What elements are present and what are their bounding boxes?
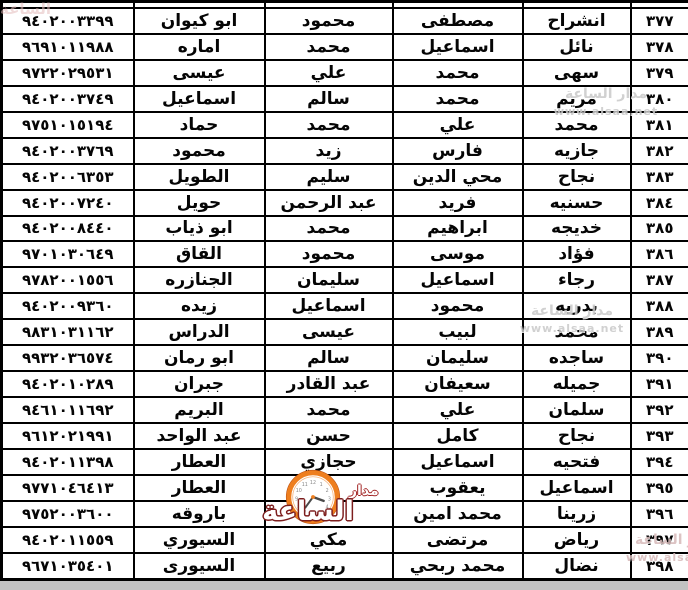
cell-name: جازيه [523, 138, 631, 164]
cell-family: ابو ذياب [134, 216, 265, 242]
table-row: ٣٩٧رياضمرتضىمكيالسيوري٩٤٠٢٠١١٥٥٩ [2, 527, 688, 553]
cell-name: خديجه [523, 216, 631, 242]
table-row: ٣٨٥خديجهابراهيممحمدابو ذياب٩٤٠٢٠٠٨٤٤٠ [2, 216, 688, 242]
cell-name: نجاح [523, 164, 631, 190]
cell-name: سلمان [523, 397, 631, 423]
cell-grandfather: ربيع [265, 553, 393, 580]
cell-num: ٣٨٩ [631, 319, 688, 345]
cell-id: ٩٤٠٢٠٠٧٢٤٠ [2, 190, 134, 216]
cell-father: محمود [393, 293, 523, 319]
clock-logo-icon: 121 23 45 67 89 1011 [284, 468, 342, 526]
cell-family: الطويل [134, 164, 265, 190]
cell-id: ٩٤٠٢٠٠٣٧٦٩ [2, 138, 134, 164]
cell-id: ٩٧٥٢٠٠٣٦٠٠ [2, 501, 134, 527]
cell-family: الجنازره [134, 267, 265, 293]
cell-name: رياض [523, 527, 631, 553]
cell-father: موسى [393, 241, 523, 267]
cell-father: فارس [393, 138, 523, 164]
cell-grandfather: علي [265, 60, 393, 86]
cell-id: ٩٤٠٢٠١١٣٩٨ [2, 449, 134, 475]
table-row: ٣٨١محمدعليمحمدحماد٩٧٥١٠١٥١٩٤ [2, 112, 688, 138]
cell-grandfather: سليمان [265, 267, 393, 293]
cell-id: ٩٤٠٢٠٠٦٣٥٣ [2, 164, 134, 190]
cell-id: ٩٧٥١٠١٥١٩٤ [2, 112, 134, 138]
cell-grandfather: اسماعيل [265, 293, 393, 319]
cell-name: مريم [523, 86, 631, 112]
cell-father: محمد ربحي [393, 553, 523, 580]
cell-name: محمد [523, 319, 631, 345]
svg-text:5: 5 [320, 511, 323, 517]
table-row: ٣٨٨بدريهمحموداسماعيلزيده٩٤٠٢٠٠٩٣٦٠ [2, 293, 688, 319]
cell-father: اسماعيل [393, 449, 523, 475]
svg-text:2: 2 [326, 488, 329, 494]
cell-num: ٣٨٠ [631, 86, 688, 112]
cell-grandfather: محمود [265, 8, 393, 34]
cell-family: حويل [134, 190, 265, 216]
cell-father: علي [393, 397, 523, 423]
cell-father: مرتضى [393, 527, 523, 553]
cell-num: ٣٨٣ [631, 164, 688, 190]
cell-father: لبيب [393, 319, 523, 345]
table-row: ٣٨٩محمدلبيبعيسىالدراس٩٨٣١٠٣١١٦٢ [2, 319, 688, 345]
table-row: ٣٩١جميلهسعيفانعبد القادرجبران٩٤٠٢٠١٠٢٨٩ [2, 371, 688, 397]
cell-name: محمد [523, 112, 631, 138]
cell-id: ٩٨٣١٠٣١١٦٢ [2, 319, 134, 345]
cell-family: ابو رمان [134, 345, 265, 371]
cell-family: جبران [134, 371, 265, 397]
cell-num: ٣٩٦ [631, 501, 688, 527]
cell-father: علي [393, 112, 523, 138]
cell-id: ٩٤٠٢٠٠٩٣٦٠ [2, 293, 134, 319]
cell-grandfather: محمد [265, 34, 393, 60]
cell-id: ٩٩٣٢٠٣٦٥٧٤ [2, 345, 134, 371]
cell-grandfather: سالم [265, 86, 393, 112]
cell-num: ٣٩٥ [631, 475, 688, 501]
cell-num: ٣٩٤ [631, 449, 688, 475]
table-body: ٣٧٧انشراحمصطفىمحمودابو كيوان٩٤٠٢٠٠٣٣٩٩٣٧… [2, 2, 688, 580]
cell-father: محمد [393, 60, 523, 86]
table-row: ٣٩٠ساجدهسليمانسالمابو رمان٩٩٣٢٠٣٦٥٧٤ [2, 345, 688, 371]
cell-num: ٣٩٣ [631, 423, 688, 449]
cell-id: ٩٧٠١٠٣٠٦٤٩ [2, 241, 134, 267]
table-row: ٣٩٢سلمانعليمحمدالبريم٩٤٦١٠١١٦٩٢ [2, 397, 688, 423]
cell-num: ٣٩١ [631, 371, 688, 397]
cell-grandfather: زيد [265, 138, 393, 164]
cell-father: فريد [393, 190, 523, 216]
cell-grandfather: محمد [265, 216, 393, 242]
cell-family: عيسى [134, 60, 265, 86]
table-row: ٣٩٨نضالمحمد ربحيربيعالسيورى٩٦٧١٠٣٥٤٠١ [2, 553, 688, 580]
cell-num: ٣٨٧ [631, 267, 688, 293]
cell-name: اسماعيل [523, 475, 631, 501]
cell-family: العطار [134, 475, 265, 501]
table-row: ٣٧٧انشراحمصطفىمحمودابو كيوان٩٤٠٢٠٠٣٣٩٩ [2, 8, 688, 34]
cell-name: انشراح [523, 8, 631, 34]
cell-father: محمد امين [393, 501, 523, 527]
cell-id: ٩٧٧١٠٤٦٤١٣ [2, 475, 134, 501]
cell-num: ٣٨١ [631, 112, 688, 138]
table-row: ٣٨٤حسنيهفريدعبد الرحمنحويل٩٤٠٢٠٠٧٢٤٠ [2, 190, 688, 216]
cell-id: ٩٦٩١٠١١٩٨٨ [2, 34, 134, 60]
svg-text:4: 4 [326, 505, 329, 511]
cell-family: اسماعيل [134, 86, 265, 112]
names-table: ٣٧٧انشراحمصطفىمحمودابو كيوان٩٤٠٢٠٠٣٣٩٩٣٧… [0, 0, 688, 581]
svg-text:11: 11 [302, 482, 308, 488]
cell-num: ٣٨٨ [631, 293, 688, 319]
cell-family: السيوري [134, 527, 265, 553]
cell-grandfather: عبد الرحمن [265, 190, 393, 216]
svg-text:10: 10 [296, 488, 302, 494]
cell-num: ٣٩٢ [631, 397, 688, 423]
cell-name: رجاء [523, 267, 631, 293]
table-row: ٣٨٢جازيهفارسزيدمحمود٩٤٠٢٠٠٣٧٦٩ [2, 138, 688, 164]
cell-num: ٣٩٨ [631, 553, 688, 580]
cell-father: سليمان [393, 345, 523, 371]
cell-father: اسماعيل [393, 34, 523, 60]
cell-family: محمود [134, 138, 265, 164]
svg-text:1: 1 [320, 482, 323, 488]
table-row: ٣٨٣نجاحمحي الدينسليمالطويل٩٤٠٢٠٠٦٣٥٣ [2, 164, 688, 190]
cell-name: بدريه [523, 293, 631, 319]
cell-num: ٣٩٧ [631, 527, 688, 553]
cell-name: نائل [523, 34, 631, 60]
cell-grandfather: حسن [265, 423, 393, 449]
cell-father: كامل [393, 423, 523, 449]
cell-name: ساجده [523, 345, 631, 371]
svg-text:6: 6 [311, 513, 314, 519]
cell-id: ٩٧٨٢٠٠١٥٥٦ [2, 267, 134, 293]
cell-grandfather: محمود [265, 241, 393, 267]
table-row: ٣٩٤فتحيهاسماعيلحجازيالعطار٩٤٠٢٠١١٣٩٨ [2, 449, 688, 475]
cell-id: ٩٤٠٢٠١١٥٥٩ [2, 527, 134, 553]
cell-name: نجاح [523, 423, 631, 449]
cell-id: ٩٦٧١٠٣٥٤٠١ [2, 553, 134, 580]
table-row: ٣٨٦فؤادموسىمحمودالقاق٩٧٠١٠٣٠٦٤٩ [2, 241, 688, 267]
cell-family: باروقه [134, 501, 265, 527]
cell-id: ٩٤٠٢٠١٠٢٨٩ [2, 371, 134, 397]
cell-id: ٩٤٠٢٠٠٣٧٤٩ [2, 86, 134, 112]
svg-text:12: 12 [310, 480, 316, 486]
cell-father: سعيفان [393, 371, 523, 397]
cell-num: ٣٨٦ [631, 241, 688, 267]
cell-grandfather: سليم [265, 164, 393, 190]
cell-num: ٣٨٤ [631, 190, 688, 216]
cell-father: ابراهيم [393, 216, 523, 242]
cell-family: القاق [134, 241, 265, 267]
cell-num: ٣٨٥ [631, 216, 688, 242]
cell-family: حماد [134, 112, 265, 138]
cell-family: عبد الواحد [134, 423, 265, 449]
cell-family: السيورى [134, 553, 265, 580]
table-row: ٣٩٥اسماعيليعقوبالعطار٩٧٧١٠٤٦٤١٣ [2, 475, 688, 501]
svg-text:7: 7 [303, 511, 306, 517]
cell-num: ٣٩٠ [631, 345, 688, 371]
cell-name: فؤاد [523, 241, 631, 267]
cell-num: ٣٧٩ [631, 60, 688, 86]
svg-text:9: 9 [295, 496, 298, 502]
table-row: ٣٨٠مريممحمدسالماسماعيل٩٤٠٢٠٠٣٧٤٩ [2, 86, 688, 112]
cell-father: محمد [393, 86, 523, 112]
cell-grandfather: عبد القادر [265, 371, 393, 397]
table-row: ٣٧٨نائلاسماعيلمحمداماره٩٦٩١٠١١٩٨٨ [2, 34, 688, 60]
cell-family: البريم [134, 397, 265, 423]
svg-text:8: 8 [297, 505, 300, 511]
cell-father: مصطفى [393, 8, 523, 34]
cell-num: ٣٨٢ [631, 138, 688, 164]
cell-name: فتحيه [523, 449, 631, 475]
cell-family: ابو كيوان [134, 8, 265, 34]
cell-grandfather: محمد [265, 112, 393, 138]
table-row: ٣٩٦زرينامحمد امينباروقه٩٧٥٢٠٠٣٦٠٠ [2, 501, 688, 527]
cell-grandfather: محمد [265, 397, 393, 423]
svg-text:3: 3 [328, 496, 331, 502]
cell-id: ٩٦١٢٠٢١٩٩١ [2, 423, 134, 449]
table-row: ٣٨٧رجاءاسماعيلسليمانالجنازره٩٧٨٢٠٠١٥٥٦ [2, 267, 688, 293]
cell-id: ٩٤٦١٠١١٦٩٢ [2, 397, 134, 423]
cell-family: العطار [134, 449, 265, 475]
cell-num: ٣٧٨ [631, 34, 688, 60]
scanned-names-list-page: ٣٧٧انشراحمصطفىمحمودابو كيوان٩٤٠٢٠٠٣٣٩٩٣٧… [0, 0, 688, 590]
cell-father: يعقوب [393, 475, 523, 501]
cell-name: جميله [523, 371, 631, 397]
cell-family: اماره [134, 34, 265, 60]
cell-id: ٩٤٠٢٠٠٨٤٤٠ [2, 216, 134, 242]
cell-id: ٩٧٢٢٠٢٩٥٣١ [2, 60, 134, 86]
cell-name: حسنيه [523, 190, 631, 216]
table-row: ٣٧٩سهىمحمدعليعيسى٩٧٢٢٠٢٩٥٣١ [2, 60, 688, 86]
bottom-gray-strip [0, 581, 688, 590]
cell-name: زرينا [523, 501, 631, 527]
table-row: ٣٩٣نجاحكاملحسنعبد الواحد٩٦١٢٠٢١٩٩١ [2, 423, 688, 449]
cell-name: سهى [523, 60, 631, 86]
cell-name: نضال [523, 553, 631, 580]
watermark-fragment-left-edge: الساعة [0, 0, 48, 18]
cell-father: اسماعيل [393, 267, 523, 293]
cell-grandfather: عيسى [265, 319, 393, 345]
cell-grandfather: سالم [265, 345, 393, 371]
cell-family: الدراس [134, 319, 265, 345]
cell-grandfather: مكي [265, 527, 393, 553]
cell-father: محي الدين [393, 164, 523, 190]
cell-num: ٣٧٧ [631, 8, 688, 34]
cell-family: زيده [134, 293, 265, 319]
